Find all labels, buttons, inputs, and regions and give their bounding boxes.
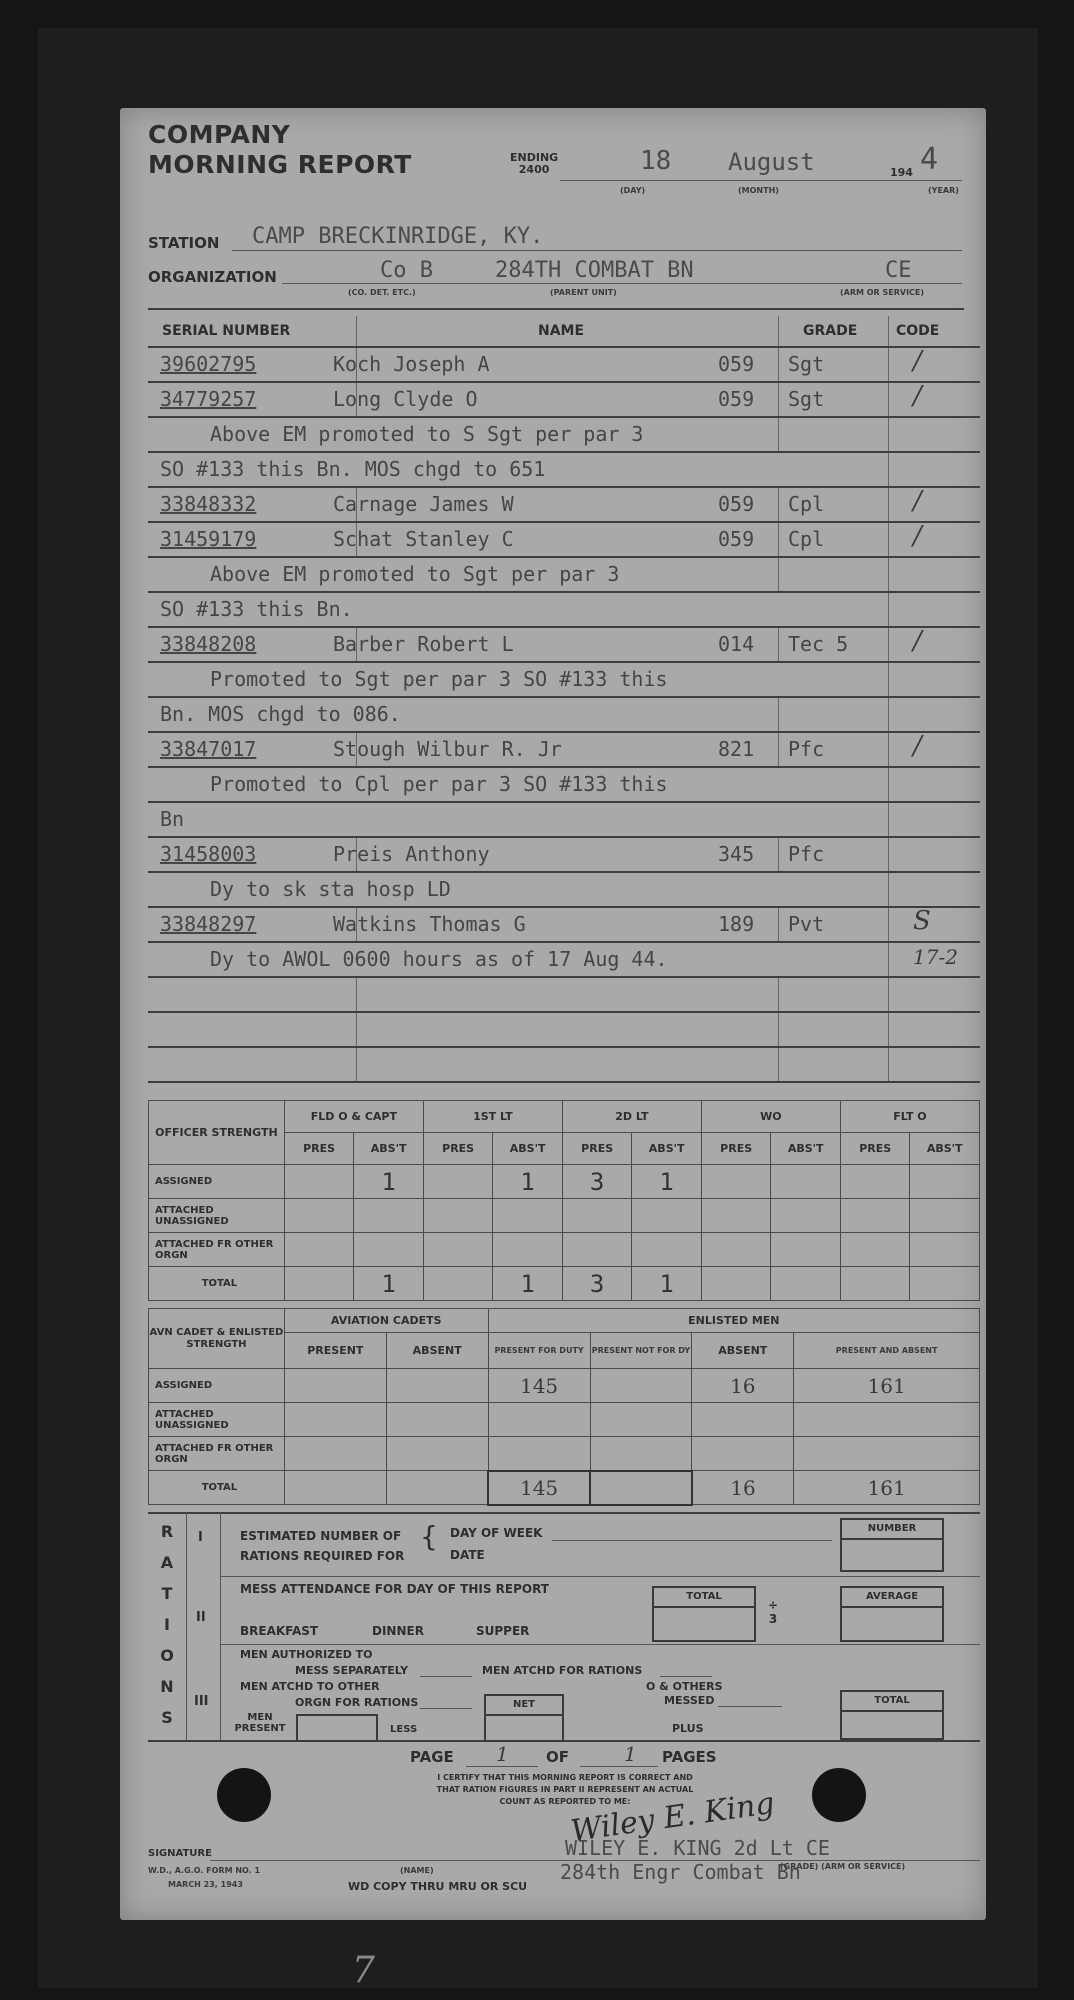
- subcol-pres: PRES: [840, 1133, 910, 1165]
- soldier-name: Schat Stanley C: [333, 527, 514, 551]
- enlisted-row-assigned: ASSIGNED 145 16 161: [149, 1369, 980, 1403]
- remark-row: Promoted to Cpl per par 3 SO #133 this: [148, 768, 980, 803]
- grade: Pfc: [788, 842, 824, 866]
- soldier-name: Carnage James W: [333, 492, 514, 516]
- arm-service-value: CE: [885, 258, 912, 283]
- pages-label: PAGES: [662, 1748, 717, 1766]
- grade: Sgt: [788, 387, 824, 411]
- remark-text: SO #133 this Bn. MOS chgd to 651: [160, 457, 545, 481]
- row-label: ATTACHED UNASSIGNED: [149, 1199, 285, 1233]
- punch-hole-left: [217, 1768, 271, 1822]
- section-1-number: I: [198, 1530, 203, 1545]
- cell: 3: [562, 1267, 632, 1301]
- report-month: August: [728, 148, 815, 176]
- rations-letter: O: [148, 1640, 186, 1671]
- net-label: NET: [486, 1696, 562, 1716]
- cell: [771, 1267, 841, 1301]
- mos-code: 821: [718, 737, 754, 761]
- report-day: 18: [640, 146, 671, 176]
- col-present-not-for-duty: PRESENT NOT FOR DY: [590, 1333, 692, 1369]
- row-label: ATTACHED FR OTHER ORGN: [149, 1437, 285, 1471]
- men-present-box[interactable]: [296, 1714, 378, 1742]
- rations-letter: S: [148, 1702, 186, 1733]
- station-line: [232, 250, 962, 251]
- signer-unit: 284th Engr Combat Bn: [560, 1860, 801, 1884]
- officer-strength-table: OFFICER STRENGTH FLD O & CAPT 1ST LT 2D …: [148, 1100, 980, 1301]
- orgn-rations-field[interactable]: [420, 1708, 472, 1709]
- grade: Tec 5: [788, 632, 848, 656]
- remark-text: Above EM promoted to Sgt per par 3: [210, 562, 619, 586]
- cell: [284, 1471, 386, 1505]
- company-value: Co B: [380, 258, 433, 283]
- name-header: NAME: [538, 323, 584, 339]
- remark-text: Dy to AWOL 0600 hours as of 17 Aug 44.: [210, 947, 668, 971]
- code-header: CODE: [896, 323, 939, 339]
- date-label: DATE: [450, 1548, 485, 1562]
- serial-header: SERIAL NUMBER: [162, 323, 290, 339]
- mos-code: 059: [718, 527, 754, 551]
- day-caption: (DAY): [620, 186, 645, 195]
- men-atchd-rations-label: MEN ATCHD FOR RATIONS: [482, 1664, 642, 1677]
- company-caption: (CO. DET. ETC.): [348, 288, 416, 297]
- cell: [423, 1165, 493, 1199]
- station-value: CAMP BRECKINRIDGE, KY.: [252, 224, 543, 249]
- mos-code: 345: [718, 842, 754, 866]
- status-code: /: [913, 346, 922, 376]
- form-title-line2: MORNING REPORT: [148, 150, 412, 180]
- mos-code: 059: [718, 387, 754, 411]
- dinner-label: DINNER: [372, 1624, 424, 1638]
- group-fld-capt: FLD O & CAPT: [284, 1101, 423, 1133]
- group-2d-lt: 2D LT: [562, 1101, 701, 1133]
- row-label: ASSIGNED: [149, 1165, 285, 1199]
- certify-line-1: I CERTIFY THAT THIS MORNING REPORT IS CO…: [365, 1772, 765, 1784]
- remark-text: Promoted to Sgt per par 3 SO #133 this: [210, 667, 668, 691]
- cell: 161: [794, 1369, 980, 1403]
- year-suffix: 4: [920, 142, 938, 177]
- remark-text: Bn. MOS chgd to 086.: [160, 702, 401, 726]
- cell: 1: [493, 1267, 563, 1301]
- page-total: 1: [624, 1742, 637, 1766]
- men-atchd-rations-field[interactable]: [660, 1676, 712, 1677]
- year-prefix: 194: [890, 166, 913, 179]
- soldier-name: Watkins Thomas G: [333, 912, 526, 936]
- rations-divider: [220, 1512, 221, 1740]
- cell: [840, 1267, 910, 1301]
- section-3-number: III: [194, 1694, 209, 1709]
- remark-row: SO #133 this Bn. MOS chgd to 651: [148, 453, 980, 488]
- officer-row-assigned: ASSIGNED 1 1 3 1: [149, 1165, 980, 1199]
- soldier-name: Preis Anthony: [333, 842, 490, 866]
- page-line: [466, 1766, 538, 1767]
- men-atchd-other-line1: MEN ATCHD TO OTHER: [240, 1680, 380, 1693]
- serial-number: 39602795: [160, 352, 256, 376]
- average-label: AVERAGE: [842, 1588, 942, 1608]
- serial-number: 33847017: [160, 737, 256, 761]
- mos-code: 059: [718, 492, 754, 516]
- signature-label: SIGNATURE: [148, 1848, 212, 1859]
- rations-letter: T: [148, 1578, 186, 1609]
- section-divider: [220, 1576, 980, 1577]
- section-1-label-line2: RATIONS REQUIRED FOR: [240, 1546, 404, 1566]
- remark-text: Bn: [160, 807, 184, 831]
- punch-hole-right: [812, 1768, 866, 1822]
- cell: 161: [794, 1471, 980, 1505]
- wd-copy-note: WD COPY THRU MRU OR SCU: [348, 1880, 527, 1893]
- handwritten-frame-mark: 7: [352, 1950, 375, 1991]
- of-label: OF: [546, 1748, 569, 1766]
- form-date: MARCH 23, 1943: [168, 1880, 243, 1889]
- cell: 145: [488, 1369, 590, 1403]
- grade: Pfc: [788, 737, 824, 761]
- mos-code: 014: [718, 632, 754, 656]
- remark-row: SO #133 this Bn.: [148, 593, 980, 628]
- men-authorized-line1: MEN AUTHORIZED TO: [240, 1648, 373, 1661]
- o-others-line2: MESSED: [664, 1694, 714, 1707]
- grade: Pvt: [788, 912, 824, 936]
- remark-row: Dy to sk sta hosp LD: [148, 873, 980, 908]
- rations-top-rule: [148, 1512, 980, 1514]
- table-row: 33847017 Stough Wilbur R. Jr 821 Pfc /: [148, 733, 980, 768]
- section-1-label: ESTIMATED NUMBER OF RATIONS REQUIRED FOR: [240, 1526, 404, 1566]
- cell: 1: [632, 1267, 702, 1301]
- number-box-label: NUMBER: [842, 1520, 942, 1540]
- remark-text: Above EM promoted to S Sgt per par 3: [210, 422, 643, 446]
- cell: [771, 1165, 841, 1199]
- grade: Sgt: [788, 352, 824, 376]
- enlisted-men-header: ENLISTED MEN: [488, 1309, 979, 1333]
- table-row: 33848332 Carnage James W 059 Cpl /: [148, 488, 980, 523]
- others-messed-field[interactable]: [718, 1706, 782, 1707]
- status-code: /: [913, 381, 922, 411]
- subcol-pres: PRES: [423, 1133, 493, 1165]
- aviation-cadets-header: AVIATION CADETS: [284, 1309, 488, 1333]
- blank-row: [148, 1013, 980, 1048]
- table-row: 33848297 Watkins Thomas G 189 Pvt S: [148, 908, 980, 943]
- remark-text: SO #133 this Bn.: [160, 597, 353, 621]
- personnel-header-row: SERIAL NUMBER NAME GRADE CODE: [148, 316, 980, 348]
- year-caption: (YEAR): [928, 186, 959, 195]
- blank-row: [148, 978, 980, 1013]
- blank-row: [148, 1048, 980, 1083]
- plus-label: PLUS: [672, 1722, 704, 1735]
- ending-time: 2400: [510, 164, 558, 176]
- soldier-name: Koch Joseph A: [333, 352, 490, 376]
- grade: Cpl: [788, 527, 824, 551]
- remark-row: Bn. MOS chgd to 086.: [148, 698, 980, 733]
- subcol-abst: ABS'T: [354, 1133, 424, 1165]
- row-label: ATTACHED UNASSIGNED: [149, 1403, 285, 1437]
- form-number: W.D., A.G.O. FORM NO. 1: [148, 1866, 260, 1875]
- mos-code: 189: [718, 912, 754, 936]
- net-box[interactable]: NET: [484, 1694, 564, 1742]
- cell: [284, 1267, 354, 1301]
- parent-unit-value: 284TH COMBAT BN: [495, 258, 694, 283]
- less-label: LESS: [390, 1724, 417, 1735]
- rations-letter: N: [148, 1671, 186, 1702]
- group-flt-o: FLT O: [840, 1101, 979, 1133]
- status-code: /: [913, 731, 922, 761]
- status-code: 17-2: [913, 945, 958, 969]
- cell: [386, 1369, 488, 1403]
- name-caption: (NAME): [400, 1866, 434, 1875]
- mess-attendance-label: MESS ATTENDANCE FOR DAY OF THIS REPORT: [240, 1582, 549, 1596]
- enlisted-row-total: TOTAL 145 16 161: [149, 1471, 980, 1505]
- section-divider: [220, 1644, 980, 1645]
- col-present: PRESENT: [284, 1333, 386, 1369]
- supper-label: SUPPER: [476, 1624, 529, 1638]
- status-code: /: [913, 486, 922, 516]
- serial-number: 33848208: [160, 632, 256, 656]
- soldier-name: Long Clyde O: [333, 387, 478, 411]
- rations-letter: A: [148, 1547, 186, 1578]
- day-of-week-field[interactable]: [552, 1540, 832, 1541]
- status-code: S: [913, 906, 931, 936]
- men-authorized-line2: MESS SEPARATELY: [295, 1664, 408, 1677]
- subcol-pres: PRES: [562, 1133, 632, 1165]
- cell: [910, 1267, 980, 1301]
- rations-total-label: TOTAL: [842, 1692, 942, 1712]
- rations-bottom-rule: [148, 1740, 980, 1742]
- brace-icon: {: [420, 1520, 438, 1553]
- cell: [910, 1165, 980, 1199]
- cell: 1: [354, 1165, 424, 1199]
- table-row: 31459179 Schat Stanley C 059 Cpl /: [148, 523, 980, 558]
- grade-caption: (GRADE) (ARM OR SERVICE): [780, 1862, 905, 1871]
- enlisted-row-attached-other: ATTACHED FR OTHER ORGN: [149, 1437, 980, 1471]
- enlisted-row-attached-unassigned: ATTACHED UNASSIGNED: [149, 1403, 980, 1437]
- average-box[interactable]: AVERAGE: [840, 1586, 944, 1642]
- cell: [590, 1369, 692, 1403]
- arm-caption: (ARM OR SERVICE): [840, 288, 924, 297]
- rations-vertical-label: R A T I O N S: [148, 1516, 186, 1733]
- row-label: TOTAL: [149, 1267, 285, 1301]
- row-label: ASSIGNED: [149, 1369, 285, 1403]
- remark-row: Above EM promoted to S Sgt per par 3: [148, 418, 980, 453]
- remark-text: Dy to sk sta hosp LD: [210, 877, 451, 901]
- col-absent: ABSENT: [692, 1333, 794, 1369]
- row-label: ATTACHED FR OTHER ORGN: [149, 1233, 285, 1267]
- cell: 3: [562, 1165, 632, 1199]
- col-present-and-absent: PRESENT AND ABSENT: [794, 1333, 980, 1369]
- officer-row-total: TOTAL 1 1 3 1: [149, 1267, 980, 1301]
- remark-row: Bn: [148, 803, 980, 838]
- organization-label: ORGANIZATION: [148, 268, 277, 286]
- rations-total-box[interactable]: TOTAL: [840, 1690, 944, 1740]
- group-1st-lt: 1ST LT: [423, 1101, 562, 1133]
- soldier-name: Stough Wilbur R. Jr: [333, 737, 562, 761]
- mess-total-box[interactable]: TOTAL: [652, 1586, 756, 1642]
- grade: Cpl: [788, 492, 824, 516]
- cell: 1: [632, 1165, 702, 1199]
- cell: 16: [692, 1369, 794, 1403]
- cell: [840, 1165, 910, 1199]
- o-others-line1: O & OTHERS: [646, 1680, 723, 1693]
- col-absent: ABSENT: [386, 1333, 488, 1369]
- rations-letter: I: [148, 1609, 186, 1640]
- grade-header: GRADE: [803, 323, 857, 339]
- remark-row: Dy to AWOL 0600 hours as of 17 Aug 44. 1…: [148, 943, 980, 978]
- organization-line: [282, 283, 962, 284]
- serial-number: 33848332: [160, 492, 256, 516]
- soldier-name: Barber Robert L: [333, 632, 514, 656]
- enlisted-strength-table: AVN CADET & ENLISTED STRENGTH AVIATION C…: [148, 1308, 980, 1506]
- number-box[interactable]: NUMBER: [840, 1518, 944, 1572]
- col-present-for-duty: PRESENT FOR DUTY: [488, 1333, 590, 1369]
- subcol-pres: PRES: [284, 1133, 354, 1165]
- serial-number: 31459179: [160, 527, 256, 551]
- cell: [701, 1267, 771, 1301]
- section-2-number: II: [196, 1610, 206, 1625]
- officer-row-attached-unassigned: ATTACHED UNASSIGNED: [149, 1199, 980, 1233]
- row-label: TOTAL: [149, 1471, 285, 1505]
- table-top-rule: [148, 308, 964, 310]
- subcol-abst: ABS'T: [632, 1133, 702, 1165]
- rations-letter: R: [148, 1516, 186, 1547]
- breakfast-label: BREAKFAST: [240, 1624, 318, 1638]
- mos-code: 059: [718, 352, 754, 376]
- cell: 16: [692, 1471, 794, 1505]
- cell: 145: [488, 1471, 590, 1505]
- men-present-label: MEN PRESENT: [230, 1712, 290, 1734]
- morning-report-form: COMPANY MORNING REPORT ENDING 2400 18 Au…: [120, 108, 986, 1920]
- remark-row: Above EM promoted to Sgt per par 3: [148, 558, 980, 593]
- status-code: /: [913, 521, 922, 551]
- table-row: 34779257 Long Clyde O 059 Sgt /: [148, 383, 980, 418]
- cell: [284, 1165, 354, 1199]
- signer-typed-name: WILEY E. KING 2d Lt CE: [565, 1836, 830, 1860]
- cell: [386, 1471, 488, 1505]
- serial-number: 33848297: [160, 912, 256, 936]
- remark-row: Promoted to Sgt per par 3 SO #133 this: [148, 663, 980, 698]
- month-caption: (MONTH): [738, 186, 779, 195]
- officer-strength-title: OFFICER STRENGTH: [149, 1101, 285, 1165]
- serial-number: 31458003: [160, 842, 256, 866]
- table-row: 39602795 Koch Joseph A 059 Sgt /: [148, 348, 980, 383]
- parent-caption: (PARENT UNIT): [550, 288, 617, 297]
- divide-by-3: ÷ 3: [766, 1598, 780, 1626]
- enlisted-strength-title: AVN CADET & ENLISTED STRENGTH: [149, 1309, 285, 1369]
- remark-text: Promoted to Cpl per par 3 SO #133 this: [210, 772, 668, 796]
- rations-divider: [186, 1512, 187, 1740]
- form-title-line1: COMPANY: [148, 120, 290, 150]
- officer-row-attached-other: ATTACHED FR OTHER ORGN: [149, 1233, 980, 1267]
- ending-label: ENDING 2400: [510, 152, 558, 176]
- subcol-abst: ABS'T: [493, 1133, 563, 1165]
- status-code: /: [913, 626, 922, 656]
- table-row: 31458003 Preis Anthony 345 Pfc: [148, 838, 980, 873]
- cell: 1: [493, 1165, 563, 1199]
- personnel-table: SERIAL NUMBER NAME GRADE CODE 39602795 K…: [148, 316, 980, 1083]
- mess-total-label: TOTAL: [654, 1588, 754, 1608]
- cell: [284, 1369, 386, 1403]
- cell: [701, 1165, 771, 1199]
- men-atchd-other-line2: ORGN FOR RATIONS: [295, 1696, 418, 1709]
- station-label: STATION: [148, 234, 219, 252]
- table-row: 33848208 Barber Robert L 014 Tec 5 /: [148, 628, 980, 663]
- subcol-abst: ABS'T: [910, 1133, 980, 1165]
- cell: 1: [354, 1267, 424, 1301]
- serial-number: 34779257: [160, 387, 256, 411]
- day-of-week-label: DAY OF WEEK: [450, 1526, 542, 1540]
- cell: [590, 1471, 692, 1505]
- page-label: PAGE: [410, 1748, 454, 1766]
- cell: [423, 1267, 493, 1301]
- subcol-abst: ABS'T: [771, 1133, 841, 1165]
- pages-line: [580, 1766, 658, 1767]
- date-line: [560, 180, 962, 181]
- group-wo: WO: [701, 1101, 840, 1133]
- page-number: 1: [496, 1742, 509, 1766]
- mess-separately-field[interactable]: [420, 1676, 472, 1677]
- subcol-pres: PRES: [701, 1133, 771, 1165]
- section-1-label-line1: ESTIMATED NUMBER OF: [240, 1526, 404, 1546]
